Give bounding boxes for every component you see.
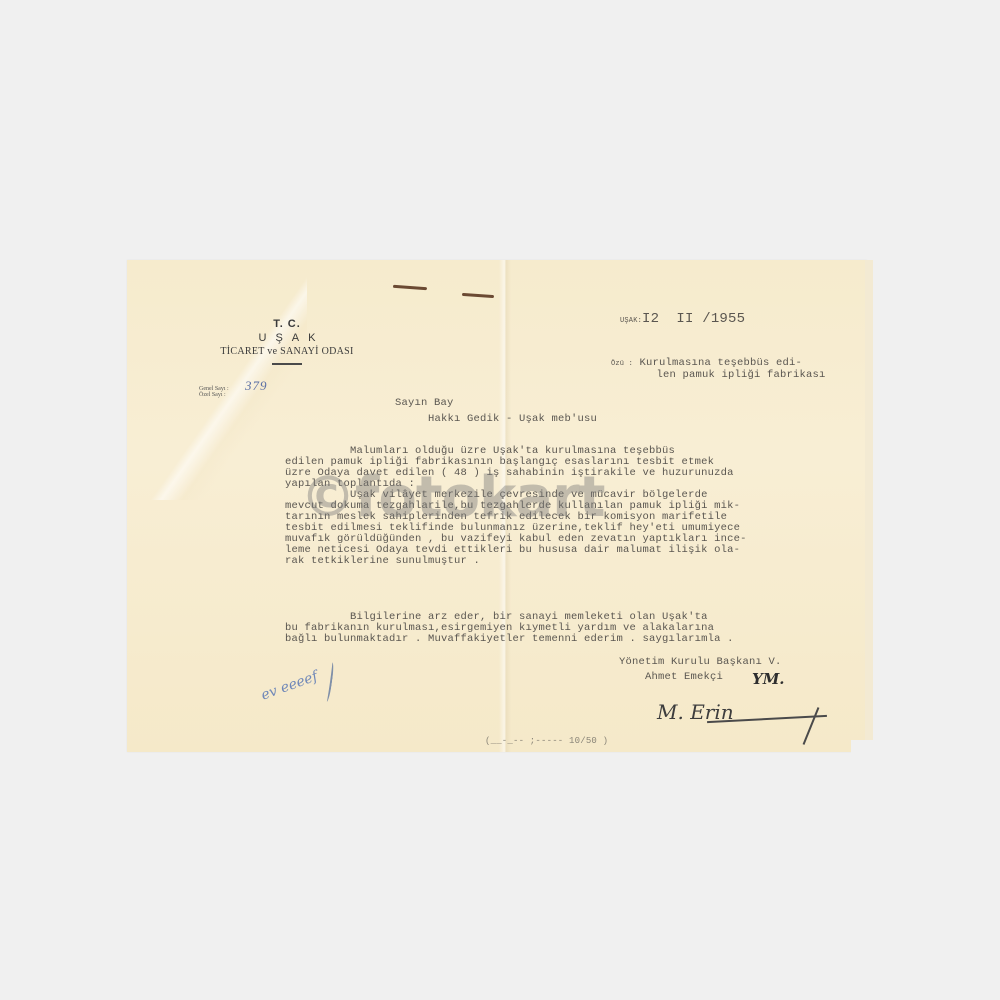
- staple-mark-icon: [462, 293, 494, 298]
- subject-line: Kurulmasına teşebbüs edi-: [640, 357, 803, 369]
- margin-handwritten-note: ev eeeef: [259, 668, 320, 703]
- special-number-label: Özel Sayı :: [199, 392, 245, 398]
- special-number-field: Özel Sayı :: [199, 392, 268, 406]
- signature-stroke: [803, 707, 820, 745]
- paper-corner-tear: [851, 740, 875, 756]
- letter-date: UŞAK:I2 II /1955: [620, 314, 745, 327]
- footer-typed-line: (__-_-- ;----- 10/50 ): [485, 736, 608, 747]
- letter-closing: Bilgilerine arz eder, bir sanayi memleke…: [285, 612, 734, 645]
- subject-label: Özü :: [611, 360, 633, 368]
- date-place: UŞAK:: [620, 317, 642, 325]
- staple-mark-icon: [393, 285, 427, 290]
- addressee: Hakkı Gedik - Uşak meb'usu: [428, 414, 597, 425]
- date-text: I2 II /195: [642, 311, 737, 327]
- body-line: rak tetkiklerine sunulmuştur .: [285, 556, 747, 567]
- letterhead-organization: TİCARET ve SANAYİ ODASI: [187, 346, 387, 357]
- signatory-name: Ahmet Emekçi: [645, 672, 723, 683]
- date-year-digit: 5: [737, 311, 746, 327]
- letterhead: T. C. UŞAK TİCARET ve SANAYİ ODASI: [187, 318, 387, 365]
- letter-subject: Özü : Kurulmasına teşebbüs edi- len pamu…: [611, 358, 826, 381]
- general-number-field: Genel Sayı : 379: [199, 378, 268, 392]
- margin-note-stroke: [324, 662, 335, 702]
- letterhead-city: UŞAK: [187, 332, 387, 344]
- reference-numbers: Genel Sayı : 379 Özel Sayı :: [199, 378, 268, 406]
- general-number-value: 379: [245, 378, 268, 394]
- letterhead-divider: [272, 363, 302, 365]
- subject-line: len pamuk ipliği fabrikası: [657, 369, 826, 381]
- letterhead-tc: T. C.: [187, 318, 387, 330]
- letter-body: Malumları olduğu üzre Uşak'ta kurulmasın…: [285, 446, 747, 567]
- paper-torn-edge: [865, 260, 873, 752]
- closing-line: bağlı bulunmaktadır . Muvaffakiyetler te…: [285, 634, 734, 645]
- signatory-title: Yönetim Kurulu Başkanı V.: [619, 657, 782, 668]
- salutation: Sayın Bay: [395, 398, 454, 409]
- letter-paper: T. C. UŞAK TİCARET ve SANAYİ ODASI Genel…: [127, 260, 867, 752]
- signatory-initials: YM.: [752, 670, 785, 688]
